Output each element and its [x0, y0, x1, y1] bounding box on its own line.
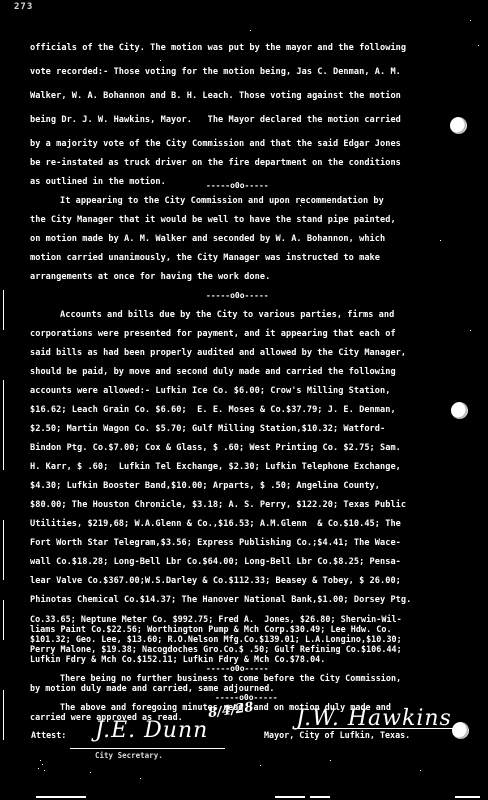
mayor-title: Mayor, City of Lufkin, Texas. — [264, 730, 410, 740]
text-line: wall Co.$18.28; Long-Bell Lbr Co.$64.00;… — [30, 557, 401, 567]
scan-edge-mark — [455, 796, 480, 798]
section-separator: -----o0o----- — [206, 664, 269, 673]
page-number: 273 — [14, 2, 33, 12]
signature-line — [293, 728, 459, 729]
section-separator: -----o0o----- — [206, 291, 269, 300]
text-line: $4.30; Lufkin Booster Band,$10.00; Arpar… — [30, 481, 380, 491]
attest-label: Attest: — [31, 730, 66, 740]
attest-signature: J.E. Dunn — [95, 718, 208, 743]
text-line: It appearing to the City Commission and … — [60, 196, 384, 206]
text-line: H. Karr, $ .60; Lufkin Tel Exchange, $2.… — [30, 462, 401, 472]
scanned-document-page: 273 officials of the City. The motion wa… — [0, 0, 488, 800]
text-line: Phinotas Chemical Co.$14.37; The Hanover… — [30, 595, 411, 605]
text-line: Bindon Ptg. Co.$7.00; Cox & Glass, $ .60… — [30, 443, 401, 453]
text-line: liams Paint Co.$22.56; Worthington Pump … — [30, 624, 392, 634]
text-line: Fort Worth Star Telegram,$3.56; Express … — [30, 538, 401, 548]
attest-title: City Secretary. — [95, 751, 163, 760]
text-line: should be paid, by move and second duly … — [30, 367, 396, 377]
text-line: motion carried unanimously, the City Man… — [30, 253, 380, 263]
text-line: corporations were presented for payment,… — [30, 329, 396, 339]
text-line: $80.00; The Houston Chronicle, $3.18; A.… — [30, 500, 406, 510]
text-line: Co.33.65; Neptune Meter Co. $992.75; Fre… — [30, 614, 402, 624]
scan-edge-mark — [3, 690, 4, 740]
punch-hole-icon — [452, 722, 469, 739]
punch-hole-icon — [451, 402, 468, 419]
text-line: said bills as had been properly audited … — [30, 348, 406, 358]
scan-edge-mark — [36, 796, 86, 798]
text-line: accounts were allowed:- Lufkin Ice Co. $… — [30, 386, 390, 396]
text-line: as outlined in the motion. — [30, 177, 166, 187]
text-line: Walker, W. A. Bohannon and B. H. Leach. … — [30, 91, 401, 101]
scan-edge-mark — [3, 600, 4, 640]
text-line: arrangements at once for having the work… — [30, 272, 270, 282]
text-line: by motion duly made and carried, same ad… — [30, 683, 274, 693]
text-line: $2.50; Martin Wagon Co. $5.70; Gulf Mill… — [30, 424, 385, 434]
punch-hole-icon — [450, 117, 467, 134]
section-separator: -----o0o----- — [206, 181, 269, 190]
text-line: vote recorded:- Those voting for the mot… — [30, 67, 401, 77]
signature-line — [70, 748, 225, 749]
text-line: on motion made by A. M. Walker and secon… — [30, 234, 385, 244]
text-line: $16.62; Leach Grain Co. $6.60; E. E. Mos… — [30, 405, 396, 415]
text-line: be re-instated as truck driver on the fi… — [30, 158, 401, 168]
text-line: the City Manager that it would be well t… — [30, 215, 396, 225]
scan-edge-mark — [3, 520, 4, 580]
text-line: Utilities, $219,68; W.A.Glenn & Co.,$16.… — [30, 519, 401, 529]
scan-edge-mark — [275, 796, 305, 798]
text-line: Lufkin Fdry & Mch Co.$152.11; Lufkin Fdr… — [30, 654, 325, 664]
text-line: by a majority vote of the City Commissio… — [30, 139, 401, 149]
text-line: $101.32; Geo. Lee, $13.60; R.O.Nelson Mf… — [30, 634, 402, 644]
text-line: lear Valve Co.$367.00;W.S.Darley & Co.$1… — [30, 576, 401, 586]
text-line: Perry Malone, $19.38; Nacogdoches Gro.Co… — [30, 644, 402, 654]
text-line: Accounts and bills due by the City to va… — [60, 310, 394, 320]
text-line: officials of the City. The motion was pu… — [30, 43, 406, 53]
scan-edge-mark — [3, 290, 4, 330]
text-line: There being no further business to come … — [60, 673, 401, 683]
text-line: being Dr. J. W. Hawkins, Mayor. The Mayo… — [30, 115, 401, 125]
scan-edge-mark — [3, 380, 4, 470]
scan-edge-mark — [310, 796, 330, 798]
